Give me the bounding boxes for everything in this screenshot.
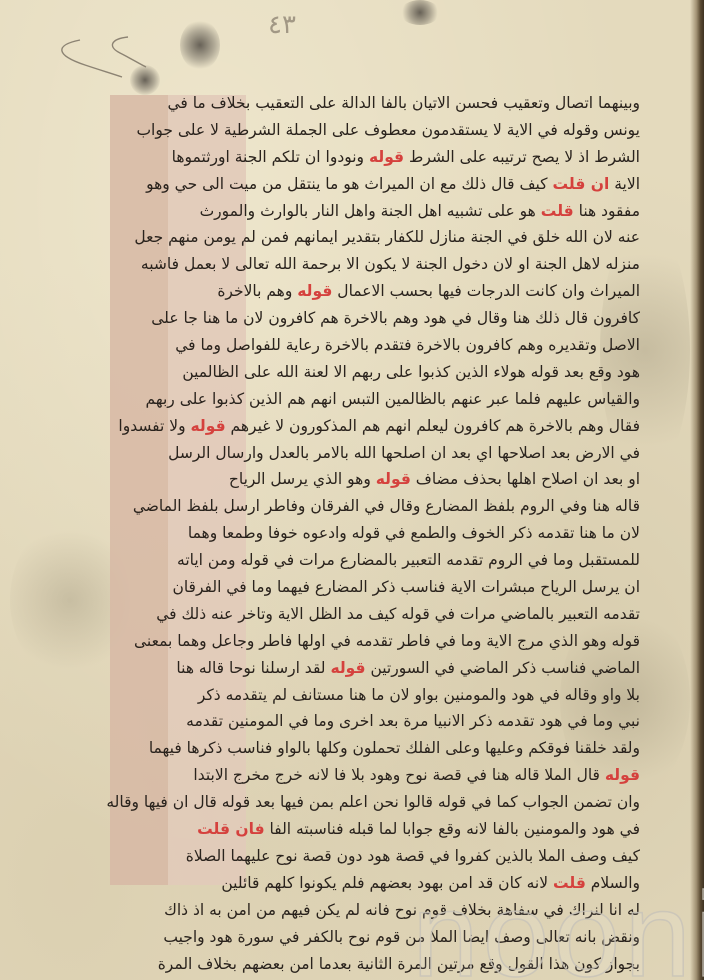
- manuscript-line: وبينهما اتصال وتعقيب فحسن الاتيان بالفا …: [95, 90, 640, 117]
- line-text: الاصل وتقديره وهم كافرون بالاخرة فتقدم ب…: [175, 336, 640, 354]
- manuscript-line: بلا واو وقاله في هود والمومنين بواو لان …: [95, 682, 640, 709]
- manuscript-line: مفقود هنا قلت هو على تشبيه اهل الجنة واه…: [95, 198, 640, 225]
- line-text: منزله لاهل الجنة او لان دخول الجنة لا يك…: [141, 255, 640, 273]
- line-text: هود وقع بعد قوله هولاء الذين كذبوا على ر…: [182, 363, 640, 381]
- line-text: الشرط اذ لا يصح ترتيبه على الشرط: [404, 148, 640, 166]
- line-text: لقد ارسلنا نوحا قاله هنا: [176, 659, 330, 677]
- line-text: والقياس عليهم فلما عبر عنهم بالظالمين ال…: [146, 390, 640, 408]
- line-text: ولا تفسدوا: [118, 417, 190, 435]
- line-text: في الارض بعد اصلاحها اي بعد ان اصلحها ال…: [168, 444, 640, 462]
- line-text: بلا واو وقاله في هود والمومنين بواو لان …: [198, 686, 640, 704]
- manuscript-line: كافرون قال ذلك هنا وقال في هود وهم بالاخ…: [95, 305, 640, 332]
- manuscript-line: فقال وهم بالاخرة هم كافرون ليعلم انهم هم…: [95, 413, 640, 440]
- manuscript-line: الاية ان قلت كيف قال ذلك مع ان الميراث ه…: [95, 171, 640, 198]
- line-text: كافرون قال ذلك هنا وقال في هود وهم بالاخ…: [151, 309, 640, 327]
- line-text: نبي وما في هود تقدمه ذكر الانبيا مرة بعد…: [186, 712, 640, 730]
- manuscript-line: في الارض بعد اصلاحها اي بعد ان اصلحها ال…: [95, 440, 640, 467]
- line-text: كيف قال ذلك مع ان الميراث هو ما ينتقل من…: [146, 175, 552, 193]
- manuscript-line: كيف وصف الملا بالذين كفروا في قصة هود دو…: [95, 843, 640, 870]
- manuscript-line: تقدمه التعبير بالماضي مرات في قوله كيف م…: [95, 601, 640, 628]
- manuscript-line: والقياس عليهم فلما عبر عنهم بالظالمين ال…: [95, 386, 640, 413]
- line-text: ولقد خلقنا فوقكم وعليها وعلى الفلك تحملو…: [149, 739, 640, 757]
- line-text: ان يرسل الرياح مبشرات الاية فناسب ذكر ال…: [172, 578, 640, 596]
- watermark: noonir: [412, 885, 704, 980]
- rubric-heading: قلت: [541, 202, 574, 220]
- manuscript-line: يونس وقوله في الاية لا يستقدمون معطوف عل…: [95, 117, 640, 144]
- line-text: ونودوا ان تلكم الجنة اورثتموها: [172, 148, 369, 166]
- rubric-heading: فان قلت: [197, 820, 264, 838]
- page-binding-edge: [690, 0, 704, 980]
- line-text: فقال وهم بالاخرة هم كافرون ليعلم انهم هم…: [226, 417, 640, 435]
- line-text: مفقود هنا: [574, 202, 640, 220]
- manuscript-line: قوله قال الملا قاله هنا في قصة نوح وهود …: [95, 762, 640, 789]
- line-text: الميراث وان كانت الدرجات فيها بحسب الاعم…: [332, 282, 640, 300]
- manuscript-line: نبي وما في هود تقدمه ذكر الانبيا مرة بعد…: [95, 708, 640, 735]
- line-text: في هود والمومنين بالفا لانه وقع جوابا لم…: [265, 820, 640, 838]
- line-text: الماضي فناسب ذكر الماضي في السورتين: [366, 659, 640, 677]
- manuscript-line: الماضي فناسب ذكر الماضي في السورتين قوله…: [95, 655, 640, 682]
- line-text: او بعد ان اصلاح اهلها بحذف مضاف: [411, 470, 640, 488]
- manuscript-line: للمستقبل وما في الروم تقدمه التعبير بالم…: [95, 547, 640, 574]
- manuscript-text-body: وبينهما اتصال وتعقيب فحسن الاتيان بالفا …: [95, 90, 640, 977]
- folio-number: ٤٣: [268, 10, 296, 40]
- line-text: كيف وصف الملا بالذين كفروا في قصة هود دو…: [186, 847, 640, 865]
- line-text: وبينهما اتصال وتعقيب فحسن الاتيان بالفا …: [167, 94, 640, 112]
- manuscript-line: عنه لان الله خلق في الجنة منازل للكفار ب…: [95, 224, 640, 251]
- manuscript-line: قاله هنا وفي الروم بلفظ المضارع وقال في …: [95, 493, 640, 520]
- manuscript-line: منزله لاهل الجنة او لان دخول الجنة لا يك…: [95, 251, 640, 278]
- manuscript-line: الاصل وتقديره وهم كافرون بالاخرة فتقدم ب…: [95, 332, 640, 359]
- manuscript-line: ولقد خلقنا فوقكم وعليها وعلى الفلك تحملو…: [95, 735, 640, 762]
- manuscript-line: لان ما هنا تقدمه ذكر الخوف والطمع في قول…: [95, 520, 640, 547]
- rubric-heading: قوله: [191, 417, 226, 435]
- manuscript-line: او بعد ان اصلاح اهلها بحذف مضاف قوله وهو…: [95, 466, 640, 493]
- manuscript-line: ان يرسل الرياح مبشرات الاية فناسب ذكر ال…: [95, 574, 640, 601]
- line-text: للمستقبل وما في الروم تقدمه التعبير بالم…: [177, 551, 640, 569]
- line-text: تقدمه التعبير بالماضي مرات في قوله كيف م…: [156, 605, 640, 623]
- manuscript-line: الشرط اذ لا يصح ترتيبه على الشرط قوله ون…: [95, 144, 640, 171]
- manuscript-line: الميراث وان كانت الدرجات فيها بحسب الاعم…: [95, 278, 640, 305]
- rubric-heading: قوله: [369, 148, 404, 166]
- manuscript-page: ٤٣ وبينهما اتصال وتعقيب فحسن الاتيان بال…: [0, 0, 704, 980]
- margin-scribble: [50, 25, 170, 85]
- manuscript-line: قوله وهو الذي مرج الاية وما في فاطر تقدم…: [95, 628, 640, 655]
- line-text: عنه لان الله خلق في الجنة منازل للكفار ب…: [134, 228, 640, 246]
- line-text: هو على تشبيه اهل الجنة واهل النار بالوار…: [200, 202, 541, 220]
- line-text: قاله هنا وفي الروم بلفظ المضارع وقال في …: [133, 497, 640, 515]
- rubric-heading: قوله: [330, 659, 365, 677]
- rubric-heading: قوله: [376, 470, 411, 488]
- line-text: قوله وهو الذي مرج الاية وما في فاطر تقدم…: [134, 632, 640, 650]
- line-text: الاية: [609, 175, 640, 193]
- rubric-heading: قوله: [297, 282, 332, 300]
- line-text: قال الملا قاله هنا في قصة نوح وهود بلا ف…: [193, 766, 604, 784]
- rubric-heading: ان قلت: [552, 175, 609, 193]
- rubric-heading: قوله: [605, 766, 640, 784]
- ink-smudge: [180, 20, 220, 70]
- line-text: وان تضمن الجواب كما في قوله قالوا نحن اع…: [106, 793, 640, 811]
- line-text: وهم بالاخرة: [217, 282, 297, 300]
- manuscript-line: هود وقع بعد قوله هولاء الذين كذبوا على ر…: [95, 359, 640, 386]
- line-text: يونس وقوله في الاية لا يستقدمون معطوف عل…: [136, 121, 640, 139]
- manuscript-line: في هود والمومنين بالفا لانه وقع جوابا لم…: [95, 816, 640, 843]
- manuscript-line: وان تضمن الجواب كما في قوله قالوا نحن اع…: [95, 789, 640, 816]
- line-text: وهو الذي يرسل الرياح: [229, 470, 376, 488]
- ink-smudge: [400, 0, 440, 25]
- line-text: لان ما هنا تقدمه ذكر الخوف والطمع في قول…: [188, 524, 640, 542]
